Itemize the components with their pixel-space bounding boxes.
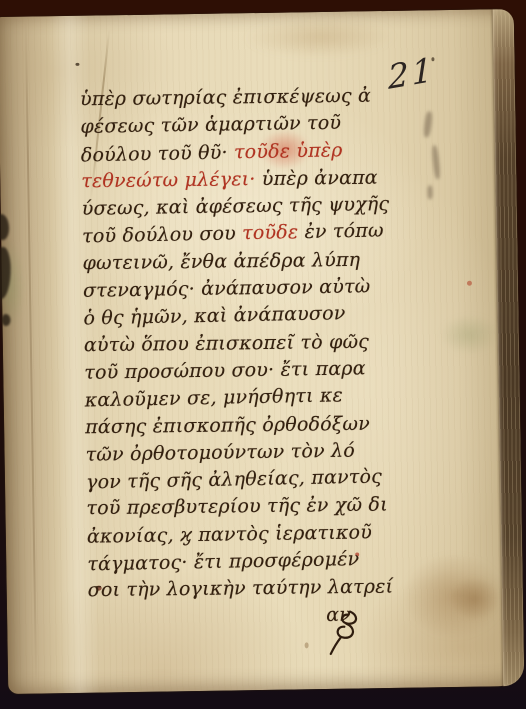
scribal-flourish-icon [326,608,363,657]
ink-text: πάσης ἐπισκοπῆς ὀρθοδόξων [85,412,370,437]
ink-text: ὑπὲρ σωτηρίας ἐπισκέψεως ἀ [80,85,371,111]
manuscript-line: ὑπὲρ σωτηρίας ἐπισκέψεως ἀ [80,83,385,114]
ink-text: τάγματος· ἔτι προσφέρομέν [87,548,359,575]
manuscript-line: αὐτὼ ὅπου ἐπισκοπεῖ τὸ φῶς [84,328,389,359]
manuscript-line: τεθνεώτω μλέγει· ὑπὲρ ἀναπα [81,164,386,195]
ink-text: καλοῦμεν σε, μνήσθητι κε [85,385,344,412]
rubric-text: τεθνεώτω μλέγει· [81,168,262,192]
ink-text: σοι τὴν λογικὴν ταύτην λατρεί [88,576,394,602]
ink-text: τοῦ δούλου σου [82,223,242,248]
ink-text: ὑπὲρ ἀναπα [262,167,378,190]
ink-text: στεναγμός· ἀνάπαυσον αὐτὼ [83,275,371,302]
manuscript-line: καλοῦμεν σε, μνήσθητι κε [84,382,389,415]
manuscript-photo: 21 ὑπὲρ σωτηρίας ἐπισκέψεως ἀφέσεως τῶν … [0,0,526,709]
ink-text: δούλου τοῦ θῦ· [81,141,235,166]
ink-text: ἀκονίας, ϗ παντὸς ἱερατικοῦ [87,521,372,547]
ink-text: τοῦ προσώπου σου· ἔτι παρα [84,357,366,383]
text-block: ὑπὲρ σωτηρίας ἐπισκέψεως ἀφέσεως τῶν ἁμα… [80,82,394,633]
ink-text: τοῦ πρεσβυτερίου τῆς ἐν χῶ δι [86,494,388,520]
ink-text: αὐτὼ ὅπου ἐπισκοπεῖ τὸ φῶς [84,330,369,355]
ink-text: φωτεινῶ, ἔνθα ἀπέδρα λύπη [82,249,360,274]
manuscript-page: 21 ὑπὲρ σωτηρίας ἐπισκέψεως ἀφέσεως τῶν … [0,9,524,694]
manuscript-line: πάσης ἐπισκοπῆς ὀρθοδόξων [85,410,390,441]
ink-text: φέσεως τῶν ἁμαρτιῶν τοῦ [80,112,341,138]
folio-number: 21 [387,49,436,97]
ink-text: ὁ θς ἡμῶν, καὶ ἀνάπαυσον [83,303,345,330]
manuscript-line: τοῦ πρεσβυτερίου τῆς ἐν χῶ δι [86,492,391,523]
ink-text: τῶν ὀρθοτομούντων τὸν λό [85,439,355,465]
manuscript-line: σοι τὴν λογικὴν ταύτην λατρεί [88,574,393,605]
ink-text: γον τῆς σῆς ἀληθείας, παντὸς [86,466,382,494]
rubric-text: τοῦδε ὑπὲρ [234,139,343,163]
ink-text: ύσεως, καὶ ἀφέσεως τῆς ψυχῆς [82,193,390,220]
rubric-text: τοῦδε [242,221,305,244]
ink-text: ἐν τόπω [304,220,384,244]
manuscript-line: φωτεινῶ, ἔνθα ἀπέδρα λύπη [82,246,387,277]
